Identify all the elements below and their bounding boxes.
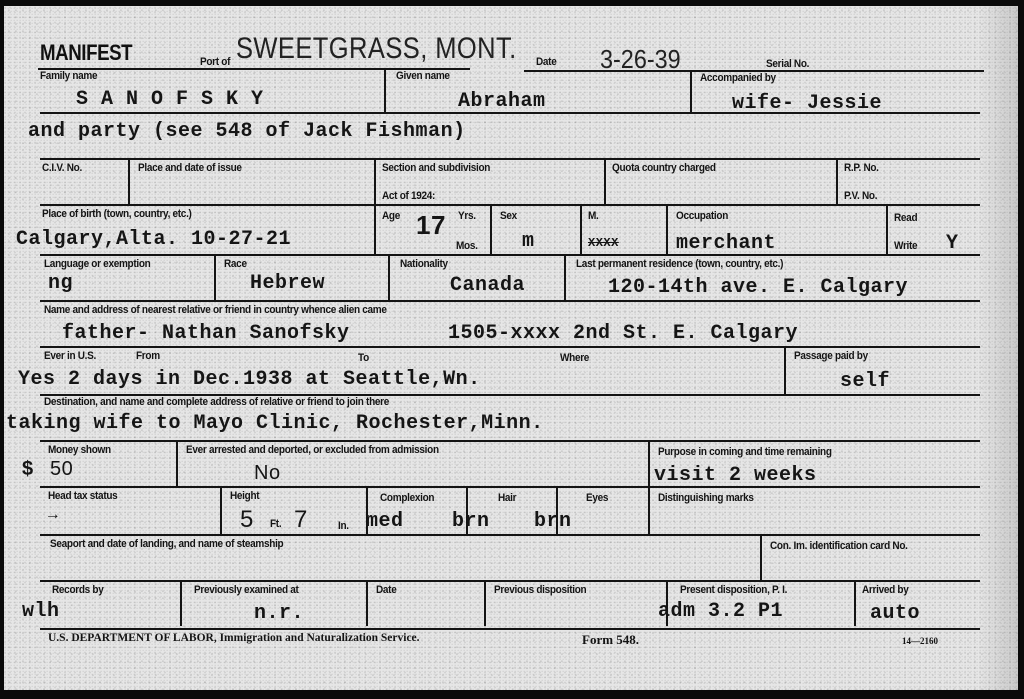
civ-label: C.I.V. No. bbox=[42, 162, 82, 174]
ever-in-us-value: Yes 2 days in Dec.1938 at Seattle,Wn. bbox=[18, 368, 481, 391]
race-label: Race bbox=[224, 258, 247, 270]
complexion-label: Complexion bbox=[380, 492, 434, 504]
divider bbox=[366, 580, 368, 626]
row-rule bbox=[40, 346, 980, 348]
where-label: Where bbox=[560, 352, 589, 364]
divider bbox=[484, 580, 486, 626]
port-value: SWEETGRASS, MONT. bbox=[236, 32, 517, 66]
row-rule bbox=[40, 112, 980, 114]
language-label: Language or exemption bbox=[44, 258, 151, 270]
purpose-label: Purpose in coming and time remaining bbox=[658, 446, 832, 458]
divider bbox=[836, 158, 838, 204]
destination-value: taking wife to Mayo Clinic, Rochester,Mi… bbox=[6, 412, 544, 435]
divider bbox=[374, 158, 376, 254]
eyes-label: Eyes bbox=[586, 492, 608, 504]
row-rule bbox=[40, 204, 980, 206]
residence-value: 120-14th ave. E. Calgary bbox=[608, 276, 908, 299]
marital-label: M. bbox=[588, 210, 599, 222]
given-name-label: Given name bbox=[396, 70, 450, 82]
divider bbox=[490, 204, 492, 254]
hair-value: brn bbox=[452, 510, 490, 533]
nationality-label: Nationality bbox=[400, 258, 448, 270]
present-disp-value: adm 3.2 P1 bbox=[658, 600, 783, 623]
accompanied-by-label: Accompanied by bbox=[700, 72, 776, 84]
height-label: Height bbox=[230, 490, 259, 502]
language-value: ng bbox=[48, 272, 73, 295]
section-label: Section and subdivision bbox=[382, 162, 490, 174]
eyes-value: brn bbox=[534, 510, 572, 533]
write-label: Write bbox=[894, 240, 917, 252]
divider bbox=[690, 70, 692, 114]
serial-label: Serial No. bbox=[766, 58, 809, 70]
read-label: Read bbox=[894, 212, 917, 224]
nationality-value: Canada bbox=[450, 274, 525, 297]
relative-label: Name and address of nearest relative or … bbox=[44, 304, 387, 316]
prev-exam-value: n.r. bbox=[254, 602, 304, 625]
form-title: MANIFEST bbox=[40, 40, 132, 66]
divider bbox=[666, 204, 668, 254]
money-value: 50 bbox=[50, 458, 73, 481]
divider bbox=[604, 158, 606, 204]
age-label: Age bbox=[382, 210, 400, 222]
purpose-value: visit 2 weeks bbox=[654, 464, 817, 487]
form-number: Form 548. bbox=[582, 632, 639, 648]
birth-value: Calgary,Alta. 10-27-21 bbox=[16, 228, 291, 251]
divider bbox=[220, 486, 222, 534]
in-label: In. bbox=[338, 520, 349, 532]
divider bbox=[214, 254, 216, 300]
seaport-label: Seaport and date of landing, and name of… bbox=[50, 538, 283, 550]
row-rule bbox=[40, 486, 980, 488]
relative-value: father- Nathan Sanofsky bbox=[62, 322, 350, 345]
records-value: wlh bbox=[22, 600, 60, 623]
race-value: Hebrew bbox=[250, 272, 325, 295]
passage-label: Passage paid by bbox=[794, 350, 868, 362]
prev-disp-label: Previous disposition bbox=[494, 584, 586, 596]
yrs-label: Yrs. bbox=[458, 210, 476, 222]
destination-label: Destination, and name and complete addre… bbox=[44, 396, 389, 408]
read-write-value: Y bbox=[946, 232, 959, 255]
divider bbox=[580, 204, 582, 254]
pv-label: P.V. No. bbox=[844, 190, 877, 202]
given-name-value: Abraham bbox=[458, 90, 546, 113]
head-tax-label: Head tax status bbox=[48, 490, 117, 502]
divider bbox=[180, 580, 182, 626]
divider bbox=[384, 70, 386, 114]
head-tax-value: → bbox=[48, 506, 58, 524]
row-rule bbox=[40, 254, 980, 256]
date-label: Date bbox=[536, 56, 556, 68]
rp-label: R.P. No. bbox=[844, 162, 879, 174]
marks-label: Distinguishing marks bbox=[658, 492, 754, 504]
mos-label: Mos. bbox=[456, 240, 478, 252]
records-label: Records by bbox=[52, 584, 103, 596]
complexion-value: med bbox=[366, 510, 404, 533]
print-code: 14—2160 bbox=[902, 636, 938, 646]
divider bbox=[564, 254, 566, 300]
quota-label: Quota country charged bbox=[612, 162, 716, 174]
divider bbox=[760, 534, 762, 580]
age-value: 17 bbox=[416, 210, 446, 241]
divider bbox=[128, 158, 130, 204]
arrived-label: Arrived by bbox=[862, 584, 908, 596]
row-rule bbox=[40, 300, 980, 302]
family-name-value: S A N O F S K Y bbox=[76, 88, 264, 111]
sex-label: Sex bbox=[500, 210, 517, 222]
arrested-label: Ever arrested and deported, or excluded … bbox=[186, 444, 439, 456]
arrested-value: No bbox=[254, 462, 281, 485]
row-rule bbox=[40, 628, 980, 630]
row-rule bbox=[40, 534, 980, 536]
residence-label: Last permanent residence (town, country,… bbox=[576, 258, 783, 270]
prev-exam-label: Previously examined at bbox=[194, 584, 299, 596]
port-label: Port of bbox=[200, 56, 230, 68]
divider bbox=[176, 440, 178, 486]
height-ft-value: 5 bbox=[240, 506, 254, 534]
to-label: To bbox=[358, 352, 369, 364]
passage-value: self bbox=[840, 370, 890, 393]
relative-address: 1505-xxxx 2nd St. E. Calgary bbox=[448, 322, 798, 345]
arrived-value: auto bbox=[870, 602, 920, 625]
divider bbox=[886, 204, 888, 254]
row-rule bbox=[40, 440, 980, 442]
currency-symbol: $ bbox=[22, 458, 34, 481]
manifest-card: MANIFEST Port of SWEETGRASS, MONT. Date … bbox=[4, 6, 1018, 690]
ft-label: Ft. bbox=[270, 518, 281, 530]
divider bbox=[854, 580, 856, 626]
birth-label: Place of birth (town, country, etc.) bbox=[42, 208, 192, 220]
present-disp-label: Present disposition, P. I. bbox=[680, 584, 787, 596]
from-label: From bbox=[136, 350, 160, 362]
place-date-issue-label: Place and date of issue bbox=[138, 162, 242, 174]
act-label: Act of 1924: bbox=[382, 190, 435, 202]
money-label: Money shown bbox=[48, 444, 111, 456]
occupation-label: Occupation bbox=[676, 210, 728, 222]
marital-struck: XXXX bbox=[588, 236, 619, 250]
con-label: Con. Im. identification card No. bbox=[770, 540, 908, 552]
occupation-value: merchant bbox=[676, 232, 776, 255]
divider bbox=[784, 346, 786, 394]
hair-label: Hair bbox=[498, 492, 516, 504]
department-footer: U.S. DEPARTMENT OF LABOR, Immigration an… bbox=[48, 632, 420, 644]
party-note: and party (see 548 of Jack Fishman) bbox=[28, 120, 466, 143]
family-name-label: Family name bbox=[40, 70, 97, 82]
divider bbox=[388, 254, 390, 300]
ever-in-us-label: Ever in U.S. bbox=[44, 350, 96, 362]
sex-value: m bbox=[522, 230, 535, 253]
height-in-value: 7 bbox=[294, 506, 308, 534]
date2-label: Date bbox=[376, 584, 396, 596]
row-rule bbox=[40, 158, 980, 160]
